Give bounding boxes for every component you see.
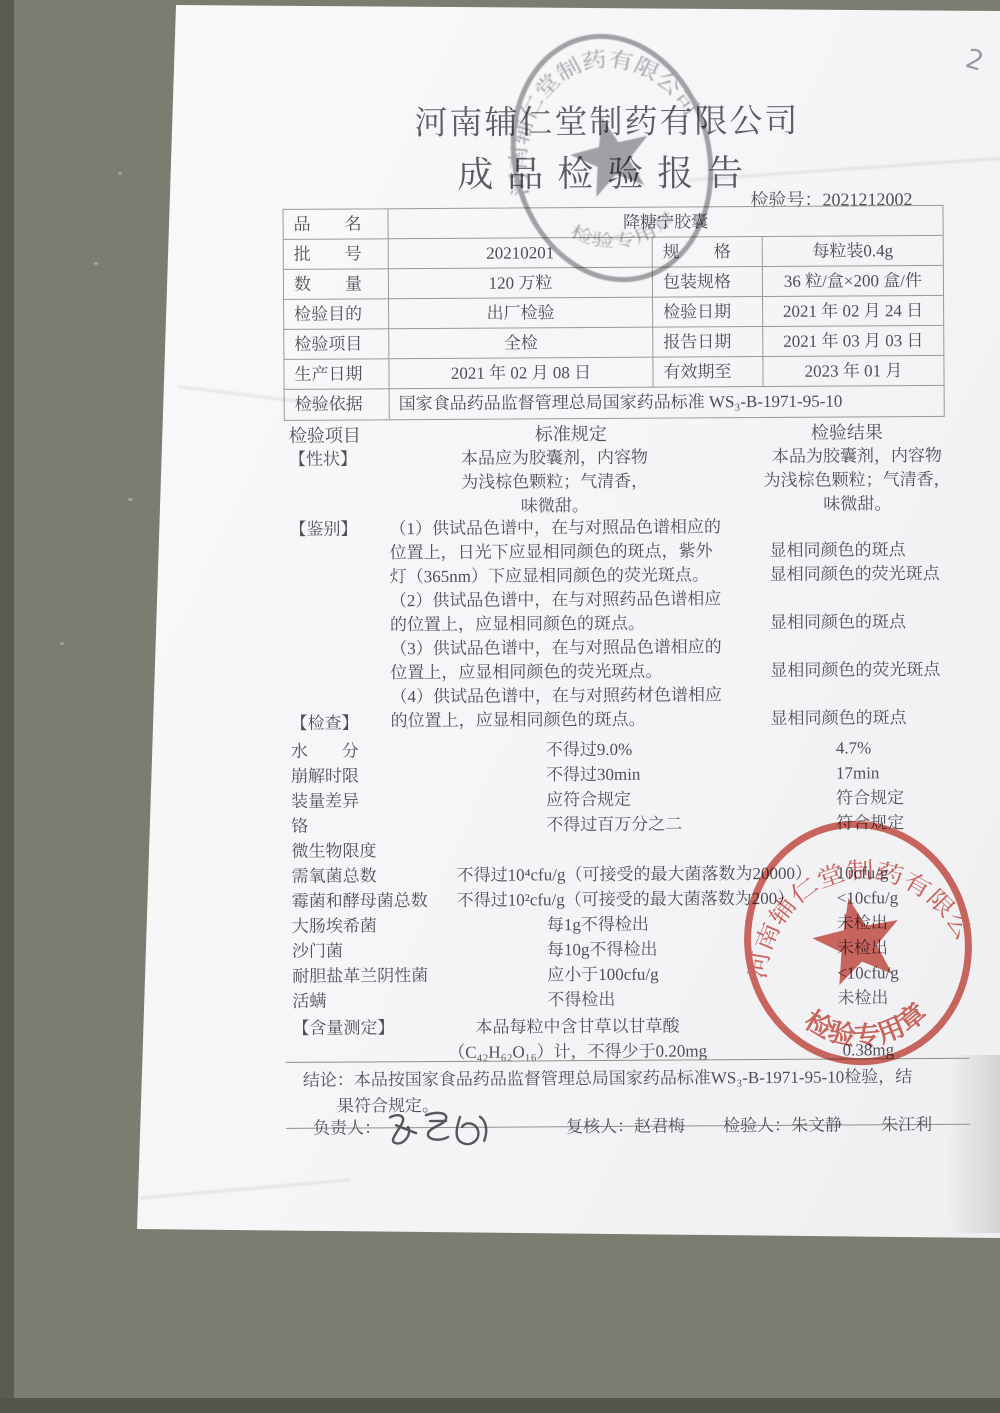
identification-standard: （3）供试品色谱中，在与对照品色谱相应的 位置上，应显相同颜色的荧光斑点。 <box>390 635 752 685</box>
field-label-basis: 检验依据 <box>285 389 390 420</box>
identification-result: 显相同颜色的斑点 显相同颜色的荧光斑点 <box>769 514 939 587</box>
test-item: 耐胆盐革兰阴性菌 <box>292 963 457 989</box>
test-item: 微生物限度 <box>291 837 591 864</box>
identification-result: 显相同颜色的斑点 <box>770 586 906 635</box>
dust-speck <box>128 498 133 501</box>
field-value-purpose: 出厂检验 <box>389 298 653 330</box>
column-header-result: 检验结果 <box>811 418 883 444</box>
red-seal-star-icon <box>806 889 909 989</box>
field-value-report-date: 2021 年 03 月 03 日 <box>763 326 943 357</box>
section-assay-label: 【含量测定】 <box>292 1015 394 1041</box>
section-appearance-label: 【性状】 <box>289 447 357 471</box>
test-standard: 不得过9.0% <box>456 736 836 763</box>
field-label-report-date: 报告日期 <box>653 327 763 358</box>
assay-standard: 本品每粒中含甘草以甘草酸 （C₄₂H₆₂O₁₆）计，不得少于0.20mg <box>432 1013 722 1065</box>
appearance-result: 本品为胶囊剂，内容物 为浅棕色颗粒；气清香， 味微甜。 <box>757 444 957 517</box>
field-value-package: 36 粒/盒×200 盒/件 <box>763 266 943 297</box>
test-item: 活螨 <box>292 988 457 1014</box>
red-inspection-seal: 河南辅仁堂制药有限公司 检验专用章 <box>733 814 983 1072</box>
dust-speck <box>94 262 98 265</box>
test-item: 大肠埃希菌 <box>292 913 457 939</box>
gray-seal-star-icon <box>563 108 659 201</box>
field-label-name: 品 名 <box>283 209 388 240</box>
field-value-spec: 每粒装0.4g <box>763 236 943 267</box>
test-standard: 不得过30min <box>456 761 836 788</box>
responsible-signature-handwriting <box>382 1103 500 1156</box>
reviewer-name: 复核人：赵君梅 <box>566 1111 685 1137</box>
scanner-background-edge <box>0 0 14 1413</box>
identification-item: （3）供试品色谱中，在与对照品色谱相应的 位置上，应显相同颜色的荧光斑点。 显相… <box>290 634 950 686</box>
scanned-inspection-report: 河南辅仁堂制药有限公司 成品检验报告 检验号：2021212002 品 名 降糖… <box>0 0 1000 1413</box>
identification-item: （1）供试品色谱中，在与对照品色谱相应的 位置上，日光下应显相同颜色的斑点，紫外… <box>289 514 949 590</box>
test-item: 装量差异 <box>291 788 456 814</box>
field-label-batch: 批 号 <box>284 239 389 270</box>
gray-company-seal: 河南辅仁堂制药有限公司 检验专用章 <box>492 26 732 290</box>
dust-speck <box>118 172 122 175</box>
field-label-expiry: 有效期至 <box>653 357 763 388</box>
inspector-name: 检验人：朱文静 <box>723 1111 842 1137</box>
identification-standard: （2）供试品色谱中，在与对照药品色谱相应 的位置上，应显相同颜色的斑点。 <box>390 587 752 637</box>
scanner-background-edge-bottom <box>0 1398 1000 1413</box>
section-tests-label: 【检查】 <box>291 708 951 739</box>
responsible-label: 负责人： <box>313 1113 381 1138</box>
field-label-purpose: 检验目的 <box>284 299 389 330</box>
test-item: 崩解时限 <box>291 763 456 789</box>
field-value-expiry: 2023 年 01 月 <box>763 356 943 387</box>
test-result: 符合规定 <box>836 785 951 811</box>
test-result: 4.7% <box>836 735 951 761</box>
test-item: 水 分 <box>291 738 456 764</box>
field-label-inspect-date: 检验日期 <box>653 297 763 328</box>
field-value-basis: 国家食品药品监督管理总局国家药品标准 WS₃-B-1971-95-10 <box>390 386 944 419</box>
field-label-prod-date: 生产日期 <box>284 359 389 390</box>
identification-item: （2）供试品色谱中，在与对照药品色谱相应 的位置上，应显相同颜色的斑点。 显相同… <box>290 586 950 638</box>
test-standard: 应符合规定 <box>456 786 836 813</box>
inspector2-name: 朱江利 <box>881 1110 932 1135</box>
gray-seal-center-text: 检验专用章 <box>564 197 682 264</box>
field-label-quantity: 数 量 <box>284 269 389 300</box>
column-header-standard: 标准规定 <box>535 420 607 446</box>
signature-row: 负责人： 复核人：赵君梅 检验人：朱文静 朱江利 <box>286 1110 966 1164</box>
test-item: 铬 <box>291 813 456 839</box>
field-label-items: 检验项目 <box>284 329 389 360</box>
section-identification: 【鉴别】 （1）供试品色谱中，在与对照品色谱相应的 位置上，日光下应显相同颜色的… <box>289 514 950 734</box>
column-header-item: 检验项目 <box>289 421 361 447</box>
identification-standard: （1）供试品色谱中，在与对照品色谱相应的 位置上，日光下应显相同颜色的斑点，紫外… <box>389 515 751 589</box>
report-paper: 河南辅仁堂制药有限公司 成品检验报告 检验号：2021212002 品 名 降糖… <box>0 0 1000 1413</box>
test-item: 沙门菌 <box>292 938 457 964</box>
section-appearance: 【性状】 本品应为胶囊剂，内容物 为浅棕色颗粒；气清香， 味微甜。 本品为胶囊剂… <box>289 444 949 524</box>
field-value-inspect-date: 2021 年 02 月 24 日 <box>763 296 943 327</box>
identification-result: 显相同颜色的荧光斑点 <box>770 634 940 683</box>
test-item: 需氧菌总数 <box>291 863 456 889</box>
appearance-standard: 本品应为胶囊剂，内容物 为浅棕色颗粒；气清香， 味微甜。 <box>447 446 662 519</box>
field-value-items: 全检 <box>389 328 653 360</box>
dust-speck <box>60 642 64 645</box>
field-value-prod-date: 2021 年 02 月 08 日 <box>389 358 653 390</box>
test-result: 17min <box>836 760 951 786</box>
svg-text:检验专用章: 检验专用章 <box>564 197 682 264</box>
test-item: 霉菌和酵母菌总数 <box>292 888 457 914</box>
